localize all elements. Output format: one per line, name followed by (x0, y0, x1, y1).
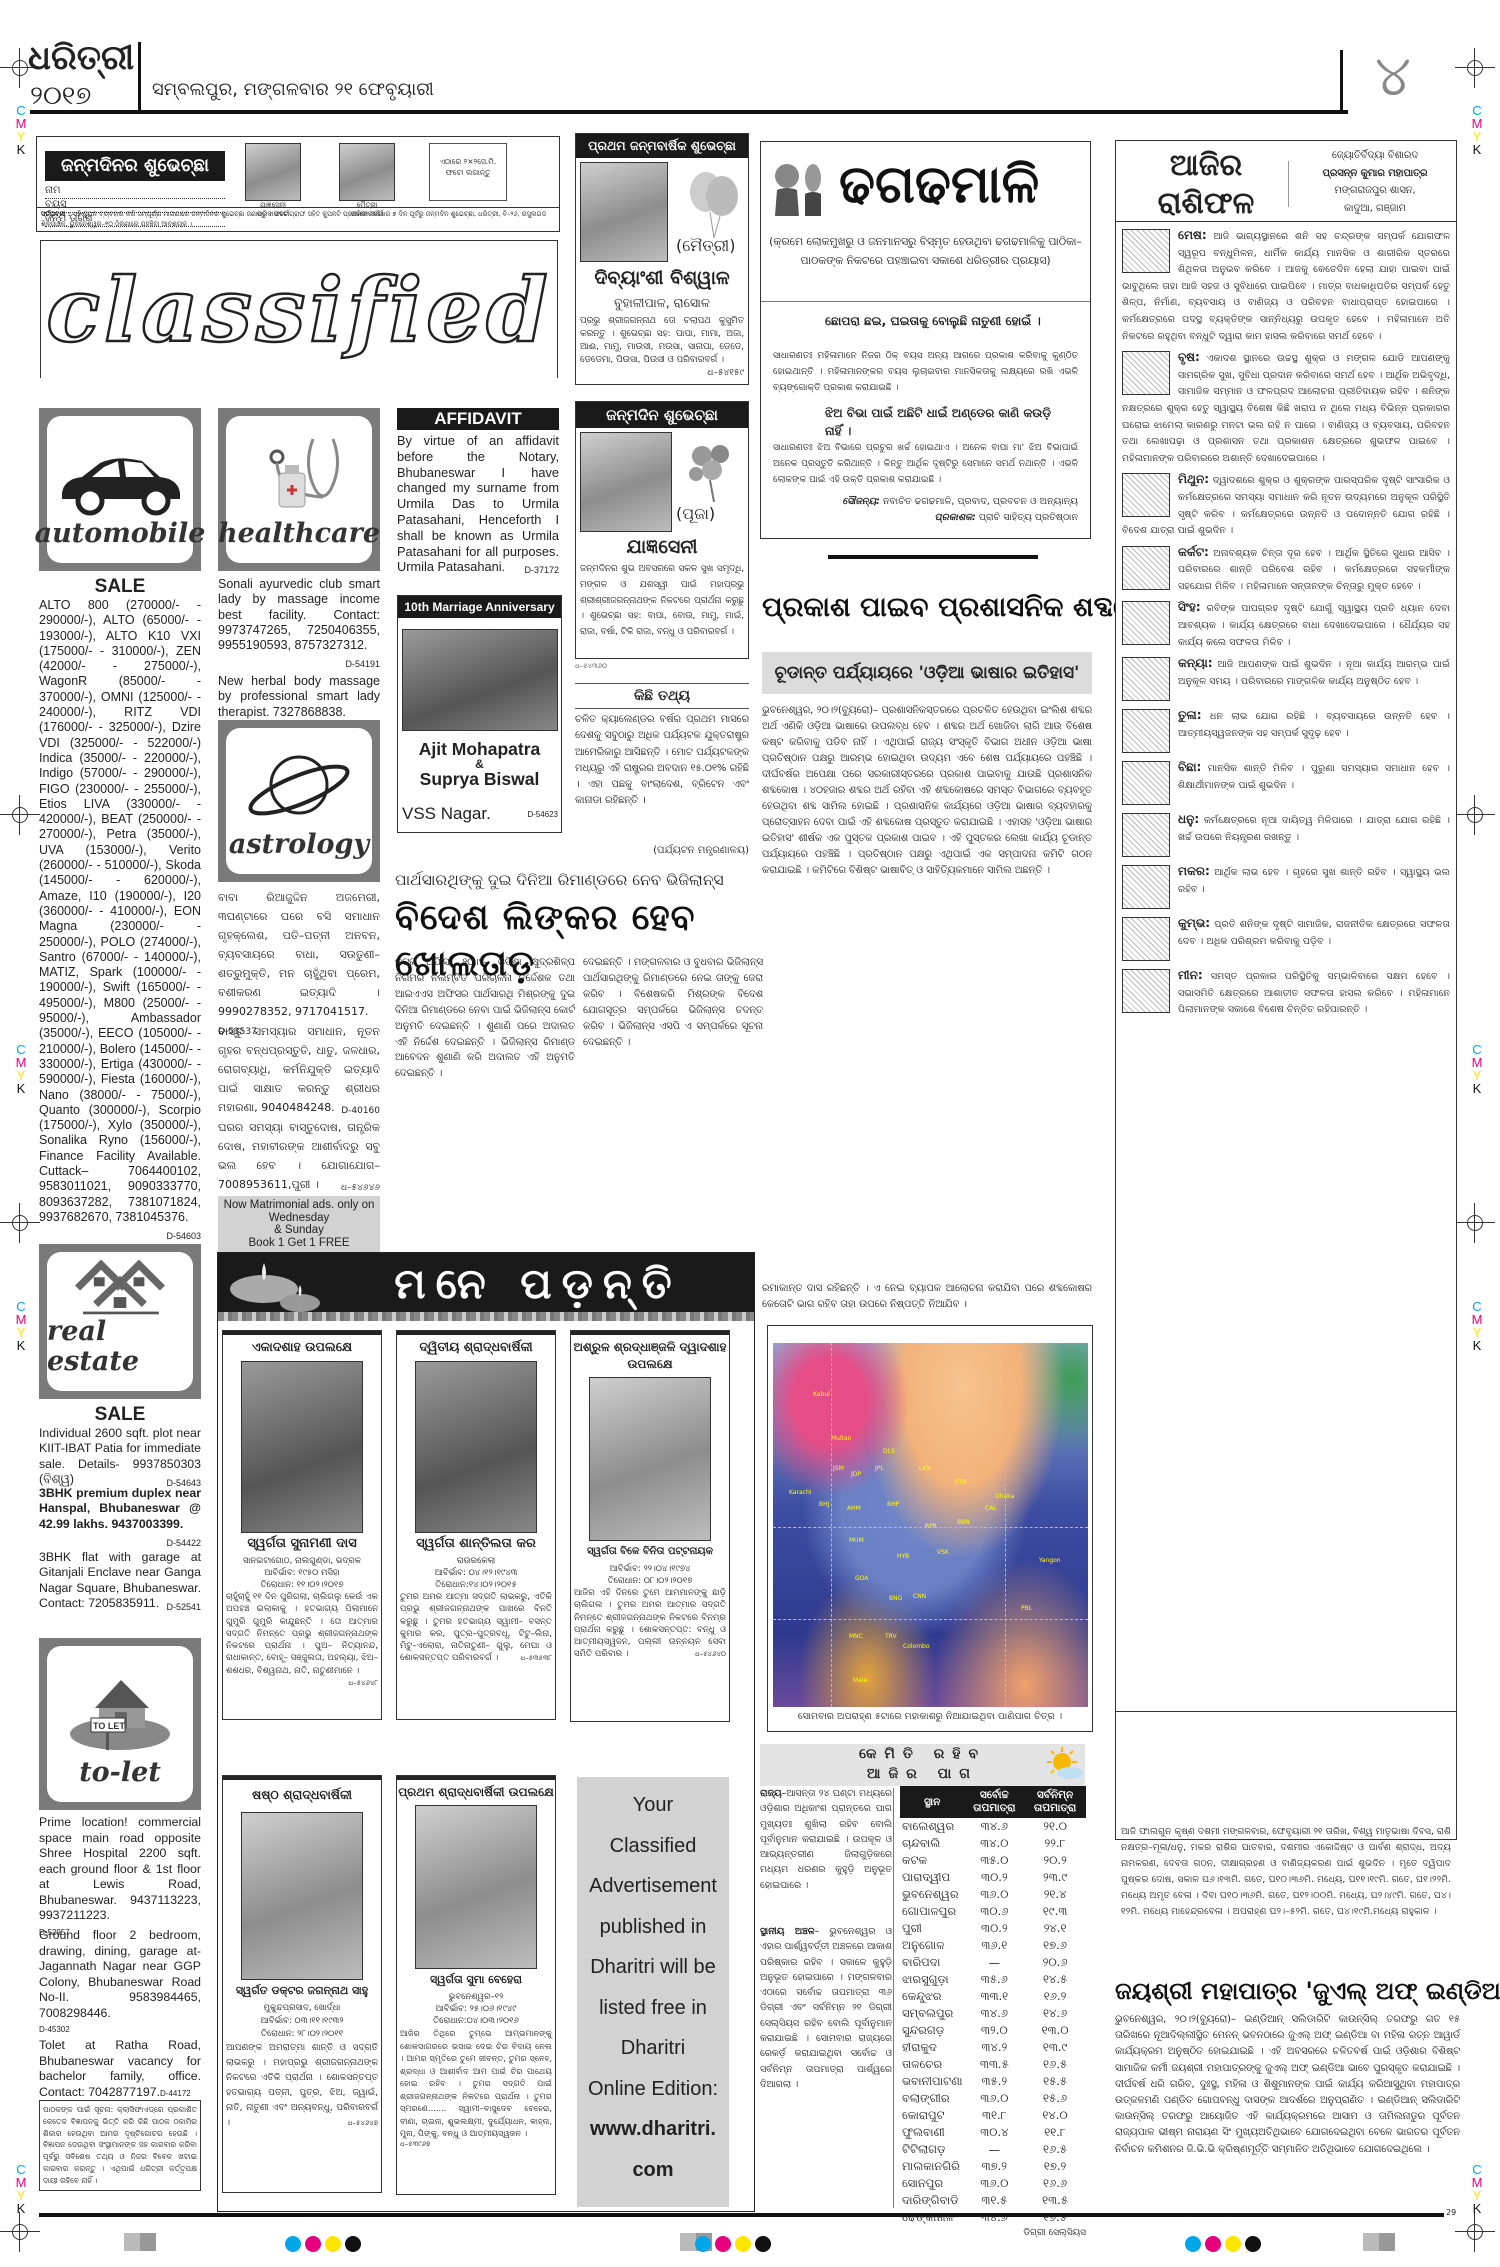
newspaper-logo: ଧରିତ୍ରୀ (28, 40, 134, 76)
girl-photo (580, 432, 672, 532)
cmyk-color-bar: CMYK (1470, 104, 1484, 156)
column-header: ସ୍ଥାନ (900, 1786, 964, 1818)
category-label: healthcare (218, 519, 380, 549)
temperature-row: ବାଲେଶ୍ୱର୩୪.୬୨୧.୦ (900, 1818, 1086, 1835)
flower-border (218, 1312, 754, 1321)
registration-mark-icon (0, 795, 40, 835)
horoscope-entry: ଧନୁ: କର୍ମକ୍ଷେତ୍ରରେ ନୂଆ ଦାୟିତ୍ୱ ମିଳିପାରେ … (1122, 811, 1450, 859)
place: ସାନଇଟାଗୋଠ, ନାଲଗୁଣ୍ଡା, ଭଦ୍ରକ (223, 1555, 381, 1567)
classified-banner: classified (40, 250, 558, 370)
grid-line (1005, 1343, 1006, 1707)
astrology-ad: ଘରର ସମସ୍ୟା ବାସ୍ତୁଦୋଷ, ତାନ୍ତ୍ରିକ ଦୋଷ, ମହା… (218, 1118, 380, 1198)
place-name: ପାରାଦ୍ୱୀପ (900, 1869, 964, 1886)
matrimonial-note: Now Matrimonial ads. only onWednesday& S… (218, 1196, 380, 1252)
zodiac-sign-icon (1122, 601, 1170, 645)
zodiac-sign-icon (1122, 865, 1170, 909)
registration-mark-icon (1455, 795, 1495, 835)
place: ମୁକୁନ୍ଦପ୍ରସାଦ, ଖୋର୍ଦ୍ଧା (223, 2002, 381, 2015)
max-temp: ୩୪.୨ (964, 2039, 1024, 2056)
saying: ଝିଅ ବିଭା ପାଇଁ ଅଛିଟି ଧାଇଁ ଅଣ୍ଡେର କାଣି କଉଡ… (825, 404, 1065, 440)
place-name: ହୀରାକୁଦ (900, 2039, 964, 2056)
photo-placeholder[interactable]: ଏଠାରେ ୨×୨ସେ.ମି. ଫଟୋ ଲଗାନ୍ତୁ (429, 143, 507, 201)
masthead-year: ୨୦୧୭ (30, 82, 91, 110)
temperature-row: କୋରାପୁଟ୩୧.୮୧୪.୦ (900, 2107, 1086, 2124)
map-label: PBL (1021, 1605, 1032, 1612)
map-label: TRV (885, 1633, 897, 1640)
portrait-photo (415, 1805, 537, 1969)
map-label: MNC (849, 1633, 863, 1640)
balloon-icon (684, 168, 744, 238)
nickname: (ମୈତ୍ରୀ) (676, 236, 736, 256)
min-temp: ୧୫.୬ (1024, 2090, 1086, 2107)
zodiac-sign-icon (1122, 657, 1170, 701)
unit-label: ଡିଗ୍ରୀ ସେଲ୍‌ସିୟସ (900, 2228, 1086, 2238)
min-temp: ୨୦.୨ (1024, 1852, 1086, 1869)
stethoscope-icon (249, 435, 349, 519)
ad-code: ଧ–୫୩୯୬୭ (397, 2140, 555, 2149)
place-name: ମାଲକାନଗିରି (900, 2158, 964, 2175)
section-heading: SALE (39, 1404, 201, 1426)
girl-name: ଯାଜ୍ଞସେନୀ (576, 536, 748, 558)
map-label: BHJ (819, 1501, 829, 1508)
classified-promo: YourClassifiedAdvertisementpublished inD… (577, 1777, 729, 2207)
place-name: ଢେଙ୍କାନାଳ (900, 2209, 964, 2226)
place-name: ଗୋପାଳପୁର (900, 1903, 964, 1920)
real-estate-ad: 3BHK flat with garage at Gitanjali Encla… (39, 1550, 201, 1615)
name-1: Ajit Mohapatra (398, 740, 561, 758)
story-body: ଭୁବନେଶ୍ୱର, ୨୦।୨(ବ୍ୟୁରୋ)– ପ୍ରଶାସନିକସ୍ତରରେ… (762, 703, 1092, 1263)
sign-name: ମକର: (1178, 864, 1210, 878)
birth-date: ଆବିର୍ଭାବ: ୨୫।୦୬।୧୯୪୯ (397, 2003, 555, 2015)
satellite-frame: Kabul Multan DLS JSM JDP JPL LKN PTN Kar… (767, 1325, 1093, 1732)
divider (37, 207, 559, 208)
max-temp: ୩୫.୨ (964, 2073, 1024, 2090)
divider (761, 301, 1090, 302)
map-label: GOA (855, 1575, 868, 1582)
divider (893, 1788, 894, 2208)
cmyk-color-bar: CMYK (1470, 1300, 1484, 1352)
temperature-row: ସମ୍ବଲପୁର୩୪.୬୧୪.୬ (900, 2005, 1086, 2022)
sign-name: କନ୍ୟା: (1178, 656, 1213, 670)
temperature-row: ଗୋପାଳପୁର୩୦.୬୧୯.୩ (900, 1903, 1086, 1920)
gray-swatch (1363, 2233, 1395, 2251)
sign-name: ସିଂହ: (1178, 600, 1201, 614)
occasion: ଅଶ୍ରୁଳ ଶ୍ରଦ୍ଧାଞ୍ଜଳି ଦ୍ୱାଦଶାହ ଉପଲକ୍ଷେ (571, 1335, 729, 1373)
max-temp: ୩୭.୨ (964, 2158, 1024, 2175)
to-let-tile: TO LET to-let (39, 1638, 201, 1810)
tribute-text: ତୁମର ଅମର ଆତ୍ମା ସଦ୍‌ଗତି ଲାଭକରୁ, ଏତିକି ପ୍ର… (397, 1591, 555, 1665)
temperature-row: ଭୁବନେଶ୍ୱର୩୬.୦୨୧.୪ (900, 1886, 1086, 1903)
temperature-row: ଚାନ୍ଦବାଲି୩୪.୦୨୨.୮ (900, 1835, 1086, 1852)
zodiac-sign-icon (1122, 351, 1170, 395)
temperature-rows: ବାଲେଶ୍ୱର୩୪.୬୨୧.୦ଚାନ୍ଦବାଲି୩୪.୦୨୨.୮କଟକ୩୫.୦… (900, 1818, 1086, 2226)
horoscope-box: ଆଜିରରାଶିଫଳ ଜ୍ୟୋତିର୍ବିଦ୍ୟା ବିଶାରଦପ୍ରସନ୍ନ … (1115, 140, 1457, 1840)
sign-prediction: ଦ୍ୱାଦଶରେ ଶୁକ୍ର ଓ ଶୁକ୍ରଙ୍କ ପାରସ୍ପରିକ ଦୃଷ୍… (1122, 475, 1450, 536)
birth-date: ଆବିର୍ଭାବ: ୨୨।୦୪।୧୯୭୪ (571, 1563, 729, 1575)
occasion: ଦ୍ୱିତୀୟ ଶ୍ରାଦ୍ଧବାର୍ଷିକୀ (397, 1335, 555, 1359)
place-name: ଝାରସୁଗୁଡ଼ା (900, 1971, 964, 1988)
temperature-row: ଝାରସୁଗୁଡ଼ା୩୫.୬୧୪.୫ (900, 1971, 1086, 1988)
map-label: BHP (887, 1501, 899, 1508)
cmyk-color-bar: CMYK (14, 2163, 28, 2215)
map-label: Kabul (813, 1391, 830, 1398)
tribute-text: ଆଜିର ତିଥିରେ ତୁମ୍ଭେ ଆମ୍ଭମାନଙ୍କୁ ଶୋକସାଗରରେ… (397, 2027, 555, 2140)
dateline: ସମ୍ବଲପୁର, ମଙ୍ଗଳବାର ୨୧ ଫେବୃୟାରୀ (152, 80, 434, 100)
car-icon (52, 449, 188, 519)
couple-photo (402, 629, 558, 731)
max-temp: ୩୪.୬ (964, 1818, 1024, 1835)
map-label: MUM (849, 1537, 864, 1544)
map-label: Multan (831, 1435, 851, 1442)
header-rule (30, 110, 1348, 114)
anniversary-title: 10th Marriage Anniversary (398, 596, 561, 618)
zodiac-sign-icon (1122, 546, 1170, 590)
horoscope-entry: ମେଷ: ଆଜି ଭାଗ୍ୟସ୍ଥାନରେ ଶନି ସହ ଚନ୍ଦ୍ରଙ୍କ ସ… (1122, 227, 1450, 345)
max-temp: ୩୧.୫ (964, 2192, 1024, 2209)
zodiac-sign-icon (1122, 969, 1170, 1013)
fact-box-title: କିଛି ତଥ୍ୟ (575, 683, 749, 709)
story-kicker: ପାର୍ଥସାରଥିଙ୍କୁ ଦୁଇ ଦିନିଆ ରିମାଣ୍ଡରେ ନେବ ଭ… (395, 870, 765, 890)
divider (1288, 161, 1289, 207)
ink-dots (695, 2236, 775, 2256)
sign-name: କର୍କଟ: (1178, 545, 1209, 559)
sign-prediction: ଅନାବଶ୍ୟକ ଚିନ୍ତା ଦୂର ହେବ । ଆର୍ଥିକ ସ୍ଥିତିର… (1178, 548, 1450, 592)
horoscope-entry: ମକର: ଆର୍ଥିକ ଲାଭ ହେବ । ଗୃହରେ ସୁଖ ଶାନ୍ତି ର… (1122, 863, 1450, 911)
min-temp: ୨୨.୮ (1024, 1835, 1086, 1852)
max-temp: — (964, 2141, 1024, 2158)
birth-date: ଆବିର୍ଭାବ: ୦୩।୧୧।୧୯୩୨ (223, 2015, 381, 2028)
tribute-text: ଆପଣଙ୍କ ଅମରାତ୍ମା ଶାନ୍ତି ଓ ସଦ୍‌ଗତି ଲାଭକରୁ … (223, 2041, 381, 2131)
place-name: ଫୁଲବାଣୀ (900, 2124, 964, 2141)
divider (828, 555, 1038, 559)
min-temp: ୧୬.୨ (1024, 1988, 1086, 2005)
greeting-text: ପ୍ରଭୁ ଶ୍ରୀଜଗନ୍ନାଥ ତୋ ଚଲାପଥ କୁସୁମିତ କରନ୍ତ… (580, 315, 744, 380)
death-date: ତିରୋଧାନ: ୦୮।୦୨।୨୦୧୭ (571, 1575, 729, 1587)
min-temp: ୨୩.୯ (1024, 1869, 1086, 1886)
map-label: AHM (847, 1505, 861, 1512)
map-label: Karachi (789, 1489, 811, 1496)
map-label: VSK (937, 1549, 949, 1556)
cmyk-color-bar: CMYK (1470, 1043, 1484, 1095)
satellite-weather-image: Kabul Multan DLS JSM JDP JPL LKN PTN Kar… (773, 1343, 1088, 1707)
place-name: କଟକ (900, 1852, 964, 1869)
registration-mark-icon (1455, 48, 1495, 88)
page-number: ୪ (1375, 46, 1411, 108)
map-label: PTN (955, 1479, 967, 1486)
sign-prediction: ଧନ ଲାଭ ଯୋଗ ରହିଛି । ବ୍ୟବସାୟରେ ଉନ୍ନତି ହେବ … (1178, 711, 1450, 739)
map-label: BNG (889, 1595, 902, 1602)
map-label: Dhaka (995, 1493, 1014, 1500)
publisher: ପ୍ରକାଶକ: ପ୍ରାଚି ସାହିତ୍ୟ ପ୍ରତିଷ୍ଠାନ (773, 510, 1078, 526)
story-subhead: ଚୂଡାନ୍ତ ପର୍ଯ୍ୟାୟରେ 'ଓଡ଼ିଆ ଭାଷାର ଇତିହାସ' (762, 652, 1092, 694)
map-label: RPR (925, 1523, 937, 1530)
saying: ଛୋପରା ଛଇ, ଘଇତାକୁ ବୋଲୁଛି ନାତୁଣୀ ହୋଇଁ । (825, 312, 1065, 330)
temperature-row: ଅନୁଗୋଳ୩୬.୧୧୭.୬ (900, 1937, 1086, 1954)
real-estate-tile: real estate (39, 1244, 201, 1399)
zodiac-sign-icon (1122, 761, 1170, 805)
to-let-ad: Prime location! commercial space main ro… (39, 1815, 201, 1940)
divider (1340, 50, 1343, 112)
horoscope-entry: କନ୍ୟା: ଆଜି ଆପଣଙ୍କ ପାଇଁ ଶୁଭଦିନ । ନୂଆ କାର୍… (1122, 655, 1450, 703)
healthcare-ad: Sonali ayurvedic club smart lady by mass… (218, 577, 380, 673)
sign-prediction: ଆଜି ଭାଗ୍ୟସ୍ଥାନରେ ଶନି ସହ ଚନ୍ଦ୍ରଙ୍କ ସମ୍ପର୍… (1122, 231, 1450, 342)
panjika-text: ଆଜି ଫାଲଗୁନ କୃଷ୍ଣ ଦଶମୀ ମଙ୍ଗଳବାର, ଫେବୃୟାରୀ… (1121, 1824, 1451, 1920)
child-name: ଦିବ୍ୟାଂଶୀ ବିଶ୍ୱାଳ (576, 267, 748, 289)
map-label: CAL (985, 1505, 997, 1512)
horoscope-entry: ତୁଳା: ଧନ ଲାଭ ଯୋଗ ରହିଛି । ବ୍ୟବସାୟରେ ଉନ୍ନତ… (1122, 707, 1450, 755)
sign-prediction: ଏକାଦଶ ସ୍ଥାନରେ ଉଚ୍ଚସ୍ଥ ଶୁକ୍ର ଓ ମଙ୍ଗଳ ଯୋଡି… (1122, 353, 1450, 464)
section-heading: SALE (39, 576, 201, 598)
astrology-ad: ବାସ୍ତୁ ସମସ୍ୟାର ସମାଧାନ, ନୂତନ ଗୃହର ବନ୍ଧପ୍ର… (218, 1022, 380, 1121)
max-temp: ୩୬.୦ (964, 2175, 1024, 2192)
weather-title: କେମିତି ରହିବଆଜିର ପାଗ (760, 1744, 1085, 1786)
registration-mark-icon (0, 1203, 40, 1243)
ad-code: ଧ–୫୪୩୬୦ (575, 662, 607, 671)
divider (138, 42, 141, 112)
temperature-row: ତାଳଚେର୩୩.୫୧୬.୫ (900, 2056, 1086, 2073)
temperature-row: ସୁନ୍ଦରଗଡ଼୩୨.୦୧୩.୦ (900, 2022, 1086, 2039)
zodiac-sign-icon (1122, 917, 1170, 961)
ad-title: ପ୍ରଥମ ଜନ୍ମବାର୍ଷିକ ଶୁଭେଚ୍ଛା (576, 134, 748, 158)
min-temp: ୨୦.୬ (1024, 1954, 1086, 1971)
divider (1116, 221, 1456, 222)
zodiac-sign-icon (1122, 229, 1170, 273)
min-temp: ୧୭.୫ (1024, 2209, 1086, 2226)
min-temp: ୨୧.୪ (1024, 1886, 1086, 1903)
sign-name: ବିଛା: (1178, 760, 1201, 774)
ad-code: D-54623 (527, 810, 558, 819)
healthcare-tile: healthcare (218, 408, 380, 571)
sign-prediction: ସମସ୍ତ ପ୍ରକାର ପରିସ୍ଥିତିକୁ ସମ୍ଭାଳିବାରେ ସକ୍… (1178, 971, 1450, 1015)
houses-icon (65, 1252, 175, 1317)
automobile-ad: ALTO 800 (270000/- - 290000/-), ALTO (65… (39, 598, 201, 1244)
max-temp: ୩୩.୫ (964, 2056, 1024, 2073)
sign-prediction: ମାନସିକ ଶାନ୍ତି ମିଳିବ । ପୁରୁଣା ସମସ୍ୟାର ସମା… (1178, 763, 1450, 791)
place: ଭୁବନେଶ୍ୱର–୧୨ (397, 1991, 555, 2003)
portrait-photo (241, 1361, 363, 1533)
birth-date: ଆବିର୍ଭାବ: ୧୯୫୦ ମସିହା (223, 1567, 381, 1579)
birthday-coupon: ଜନ୍ମଦିନର ଶୁଭେଚ୍ଛା ନାମ ବୟସ ଜନ୍ମ ତାରିଖ ଯାଜ… (36, 136, 560, 232)
max-temp: ୩୫.୦ (964, 1852, 1024, 1869)
temperature-row: ଦାରିଙ୍ଗିବାଡି୩୧.୫୧୩.୫ (900, 2192, 1086, 2209)
category-label: astrology (229, 830, 369, 860)
temperature-row: ପୁରୀ୩୦.୨୨୪.୧ (900, 1920, 1086, 1937)
min-temp: ୧୩.୦ (1024, 2022, 1086, 2039)
column-header: ସର୍ବନିମ୍ନ ତାପମାତ୍ରା (1024, 1786, 1086, 1818)
map-label: CNN (913, 1593, 926, 1600)
weather-state-forecast: ରାଜ୍ୟ–ଆସନ୍ତା ୨୪ ଘଣ୍ଟା ମଧ୍ୟରେ ଓଡ଼ିଶାର ଅଧି… (760, 1786, 892, 1893)
sun-cloud-icon (1042, 1746, 1084, 1780)
occasion: ଏକାଦଶାହ ଉପଲକ୍ଷେ (223, 1335, 381, 1359)
min-temp: ୧୪.୬ (1024, 2005, 1086, 2022)
sign-prediction: ଆର୍ଥିକ ଲାଭ ହେବ । ଗୃହରେ ସୁଖ ଶାନ୍ତି ରହିବ ।… (1178, 867, 1450, 895)
saying-meaning: ସାଧାରଣତଃ ମହିଳାମାନେ ନିଜର ଠିକ୍ ବୟସ ଅନ୍ୟ ଆଗ… (773, 348, 1078, 396)
min-temp: ୨୧.୦ (1024, 1818, 1086, 1835)
death-date: ତିରୋଧାନ:୦୪।୦୩।୨୦୧୬ (397, 2015, 555, 2027)
temperature-row: ଭବାନୀପାଟଣା୩୫.୨୧୫.୫ (900, 2073, 1086, 2090)
temperature-table: ସ୍ଥାନସର୍ବୋଚ୍ଚ ତାପମାତ୍ରାସର୍ବନିମ୍ନ ତାପମାତ୍… (900, 1786, 1086, 2226)
place-name: ତାଳଚେର (900, 2056, 964, 2073)
ad-title: ଜନ୍ମଦିନ ଶୁଭେଚ୍ଛା (576, 402, 748, 428)
obituary-card: ପ୍ରଥମ ଶ୍ରାଦ୍ଧବାର୍ଷିକୀ ଉପଲକ୍ଷେ ସ୍ୱର୍ଗତା ସ… (396, 1775, 556, 2195)
oil-lamp-icon (224, 1259, 324, 1315)
max-temp: ୩୦.୪ (964, 2124, 1024, 2141)
tribute-text: ଚାହୁଁଚାହୁଁ ୧୧ ଦିନ ପୁରିଗଲା, ଚାଲିଗଲୁ କେଉଁ … (223, 1591, 381, 1677)
category-label: automobile (35, 519, 206, 549)
affidavit-text: By virtue of an affidavit before the Not… (397, 433, 559, 579)
svg-text:TO LET: TO LET (93, 1721, 125, 1731)
grid-line (773, 1619, 1088, 1620)
affidavit-title: AFFIDAVIT (397, 408, 559, 430)
horoscope-title: ଆଜିରରାଶିଫଳ (1136, 147, 1276, 223)
reader-notice: ପାଠକଙ୍କ ପାଇଁ ସୂଚନା: କ୍ଲାସିଫାଏଡ୍‌ରେ ପ୍ରକା… (39, 2100, 201, 2191)
coupon-terms: ସର୍ତ୍ତାବଳୀ : ଏହି କୁପନ ବ୍ୟବହାର କରି ସମ୍ପୂର… (41, 209, 555, 229)
min-temp: ୧୪.୫ (1024, 1971, 1086, 1988)
max-temp: — (964, 1954, 1024, 1971)
sign-name: କୁମ୍ଭ: (1178, 916, 1210, 930)
place: VSS Nagar. (402, 804, 491, 824)
horoscope-entry: ମିଥୁନ: ଦ୍ୱାଦଶରେ ଶୁକ୍ର ଓ ଶୁକ୍ରଙ୍କ ପାରସ୍ପର… (1122, 471, 1450, 539)
sign-name: ମୀନ: (1178, 968, 1203, 982)
satellite-caption: ସୋମବାର ଅପରାହ୍ଣ ୫ଟାରେ ମହାକାଶରୁ ନିଆଯାଇଥିବା… (768, 1711, 1092, 1722)
place-name: ଦାରିଙ୍ଗିବାଡି (900, 2192, 964, 2209)
horoscope-entry: ମୀନ: ସମସ୍ତ ପ୍ରକାର ପରିସ୍ଥିତିକୁ ସମ୍ଭାଳିବାର… (1122, 967, 1450, 1019)
zodiac-sign-icon (1122, 709, 1170, 753)
death-date: ତିରୋଧାନ:୧୪।୦୨।୨୦୧୫ (397, 1579, 555, 1591)
temperature-row: ଫୁଲବାଣୀ୩୦.୪୧୧.୮ (900, 2124, 1086, 2141)
place-name: ବାଲେଶ୍ୱର (900, 1818, 964, 1835)
max-temp: ୩୦.୬ (964, 1903, 1024, 1920)
place-name: ଭବାନୀପାଟଣା (900, 2073, 964, 2090)
weather-local-forecast: ସ୍ଥାନୀୟ ଅଞ୍ଚଳ– ଭୁବନେଶ୍ୱର ଓ ଏହାର ପାର୍ଶ୍ୱବ… (760, 1924, 892, 2092)
obituary-card: ଏକାଦଶାହ ଉପଲକ୍ଷେ ସ୍ୱର୍ଗତା ସୁନାମଣୀ ଦାସ ସାନ… (222, 1330, 382, 1720)
min-temp: ୧୬.୫ (1024, 2056, 1086, 2073)
cmyk-color-bar: CMYK (14, 1043, 28, 1095)
fact-box-text: ଚଳିତ କ୍ୟାଲେଣ୍ଡର ବର୍ଷର ପ୍ରଥମ ମାସରେ ଦେଶକୁ … (575, 712, 749, 810)
sign-prediction: ରବିଙ୍କ ପାପଗ୍ରହ ଦୃଷ୍ଟି ଯୋଗୁଁ ସ୍ୱାସ୍ଥ୍ୟ ପ୍… (1178, 603, 1450, 647)
temperature-row: କଟକ୩୫.୦୨୦.୨ (900, 1852, 1086, 1869)
to-let-ad: Tolet at Ratha Road, Bhubaneswar vacancy… (39, 2038, 201, 2101)
category-label: to-let (79, 1758, 161, 1788)
birth-date: ଆବିର୍ଭାବ: ୦୪।୧୨।୧୯୪୩ (397, 1567, 555, 1579)
tribute-text: ଆଜିର ଏହି ଦିନରେ ତୁମେ ଆମମାନଙ୍କୁ ଛାଡ଼ି ଚାଲି… (571, 1587, 729, 1661)
astrology-tile: astrology (218, 720, 380, 882)
place-name: ସୁନ୍ଦରଗଡ଼ (900, 2022, 964, 2039)
portrait-photo (241, 1812, 363, 1980)
min-temp: ୧୭.୨ (1024, 2158, 1086, 2175)
sample-photo (245, 143, 301, 201)
deceased-name: ସ୍ୱର୍ଗତା ବିକେ ବିନିତା ପଟ୍ଟନାୟକ (571, 1541, 729, 1563)
place-name: ସୋନପୁର (900, 2175, 964, 2192)
real-estate-ad: Individual 2600 sqft. plot near KIIT-IBA… (39, 1426, 201, 1491)
place: ରାଉରକେଲା (397, 1555, 555, 1567)
portrait-photo (415, 1361, 537, 1533)
greeting-text: ଜନ୍ମଦିନର ଶୁଭ ଅବସରରେ ସକଳ ସୁଖ ସମୃଦ୍ଧି, ମଙ୍… (580, 562, 744, 641)
place-name: ବାରିପଦା (900, 1954, 964, 1971)
zodiac-sign-icon (1122, 473, 1170, 517)
credit: ସୌଜନ୍ୟ: ନବାଚିତ ଢଗଢମାଳି, ପ୍ରବାଦ, ପ୍ରବଚନ ଓ… (773, 494, 1078, 510)
death-date: ତିରୋଧାନ: ୨୮।୦୨।୨୦୧୧ (223, 2028, 381, 2041)
sign-name: ତୁଳା: (1178, 708, 1202, 722)
story-column: କଟକ ଅଫିସ, ୨୦।୨– ଓଡିଶା କ୍ଷୁଦ୍ରଶିଳ୍ପ ନିଗମର… (395, 955, 575, 1225)
deceased-name: ସ୍ୱର୍ଗତା ଶାନ୍ତିଲତା କର (397, 1533, 555, 1555)
max-temp: ୩୨.୦ (964, 2022, 1024, 2039)
temperature-row: ବଲାଙ୍ଗୀର୩୬.୦୧୫.୬ (900, 2090, 1086, 2107)
min-temp: ୧୪.୦ (1024, 2107, 1086, 2124)
dhagadamali-box: ଢଗଢମାଳି (କ୍ରମେ ଲୋକମୁଖରୁ ଓ ଜନମାନସରୁ ବିସ୍ମ… (760, 141, 1091, 539)
map-label: BBN (957, 1519, 970, 1526)
temperature-row: କେନ୍ଦୁଝର୩୩.୧୧୬.୨ (900, 1988, 1086, 2005)
sign-name: ଧନୁ: (1178, 812, 1199, 826)
place-name: ବଲାଙ୍ଗୀର (900, 2090, 964, 2107)
max-temp: ୩୩.୧ (964, 1988, 1024, 2005)
story-closing: ରମାକାନ୍ତ ଦାସ ରହିଛନ୍ତି । ଏ ନେଇ ବ୍ୟାପକ ଆଲୋ… (762, 1281, 1092, 1313)
horoscope-list: ମେଷ: ଆଜି ଭାଗ୍ୟସ୍ଥାନରେ ଶନି ସହ ଚନ୍ଦ୍ରଙ୍କ ସ… (1122, 227, 1450, 1702)
mane-padanti-banner: ମନେ ପଡ଼ନ୍ତି (218, 1253, 754, 1321)
birthday-wish-ad: ଜନ୍ମଦିନ ଶୁଭେଚ୍ଛା (ପୂଜା) ଯାଜ୍ଞସେନୀ ଜନ୍ମଦି… (575, 401, 749, 659)
max-temp: ୩୪.୦ (964, 1835, 1024, 1852)
horoscope-entry: ବିଛା: ମାନସିକ ଶାନ୍ତି ମିଳିବ । ପୁରୁଣା ସମସ୍ୟ… (1122, 759, 1450, 807)
ink-dots (1185, 2236, 1265, 2256)
deceased-name: ସ୍ୱର୍ଗତା ସୁମା ବେହେରା (397, 1969, 555, 1991)
story-column: ଦେଇଛନ୍ତି । ମଙ୍ଗଳବାର ଓ ବୁଧବାର ଭିଜିଲାନ୍ସ ପ… (583, 955, 763, 1225)
sign-name: ମେଷ: (1178, 228, 1207, 242)
horoscope-entry: କୁମ୍ଭ: ପ୍ରତି ଶନିଙ୍କ ଦୃଷ୍ଟି ସାମାଜିକ, ରାଜନ… (1122, 915, 1450, 963)
place-name: ପୁରୀ (900, 1920, 964, 1937)
first-birthday-ad: ପ୍ରଥମ ଜନ୍ମବାର୍ଷିକ ଶୁଭେଚ୍ଛା (ମୈତ୍ରୀ) ଦିବ୍… (575, 133, 749, 385)
registration-mark-icon (0, 2212, 40, 2252)
name-field[interactable]: ନାମ (45, 185, 225, 199)
portrait-photo (589, 1377, 711, 1541)
zodiac-sign-icon (1122, 813, 1170, 857)
sign-name: ମିଥୁନ: (1178, 472, 1209, 486)
horoscope-entry: କର୍କଟ: ଅନାବଶ୍ୟକ ଚିନ୍ତା ଦୂର ହେବ । ଆର୍ଥିକ … (1122, 544, 1450, 596)
place-name: ସମ୍ବଲପୁର (900, 2005, 964, 2022)
map-label: DLS (883, 1448, 895, 1455)
place-name: ଅନୁଗୋଳ (900, 1937, 964, 1954)
max-temp: ୩୬.୦ (964, 1886, 1024, 1903)
folio: 29 (1446, 2208, 1456, 2217)
story-body: ଭୁବନେଶ୍ୱର, ୨୦।୨(ବ୍ୟୁରୋ)– ଇଣ୍ଡିଆନ୍ ସଲିଡାର… (1115, 2012, 1460, 2158)
cmyk-color-bar: CMYK (14, 1300, 28, 1352)
astrology-ad: ବାବା ରିଆଜୁଦ୍ଦିନ ଅଜମେରୀ, ୩ଘଣ୍ଟାରେ ଘରେ ବସି… (218, 888, 380, 1042)
max-temp: ୩୧.୮ (964, 2107, 1024, 2124)
map-label: JPL (875, 1465, 884, 1472)
banner-title: ମନେ ପଡ଼ନ୍ତି (338, 1255, 738, 1313)
temperature-row: ହୀରାକୁଦ୩୪.୨୧୩.୯ (900, 2039, 1086, 2056)
occasion: ଷଷ୍ଠ ଶ୍ରାଦ୍ଧବାର୍ଷିକୀ (223, 1780, 381, 1810)
max-temp: ୩୪.୬ (964, 2209, 1024, 2226)
flower-icon (682, 436, 738, 502)
map-label: Male (853, 1677, 867, 1684)
automobile-tile: automobile (39, 408, 201, 571)
obituary-card: ଦ୍ୱିତୀୟ ଶ୍ରାଦ୍ଧବାର୍ଷିକୀ ସ୍ୱର୍ଗତା ଶାନ୍ତିଲ… (396, 1330, 556, 1720)
min-temp: ୧୫.୫ (1024, 2073, 1086, 2090)
sign-prediction: ଆଜି ଆପଣଙ୍କ ପାଇଁ ଶୁଭଦିନ । ନୂଆ କାର୍ଯ୍ୟ ଆରମ… (1178, 659, 1450, 687)
story-headline: ଜୟଶ୍ରୀ ମହାପାତ୍ର 'ଜୁଏଲ୍ ଅଫ୍ ଇଣ୍ଡିଆ' (1115, 1972, 1460, 2010)
place-name: କୋରାପୁଟ (900, 2107, 964, 2124)
max-temp: ୩୬.୦ (964, 2090, 1024, 2107)
cartoon-faces-icon (771, 156, 831, 218)
obituary-card: ଅଶ୍ରୁଳ ଶ୍ରଦ୍ଧାଞ୍ଜଳି ଦ୍ୱାଦଶାହ ଉପଲକ୍ଷେ ସ୍ୱ… (570, 1330, 730, 1722)
promo-url[interactable]: www.dharitri.com (577, 2109, 729, 2190)
sample-photo (339, 143, 395, 201)
temperature-row: ସୋନପୁର୩୬.୦୧୬.୬ (900, 2175, 1086, 2192)
max-temp: ୩୪.୬ (964, 2005, 1024, 2022)
dhagadamali-title: ଢଗଢମାଳି (839, 154, 1039, 216)
max-temp: ୩୦.୨ (964, 1869, 1024, 1886)
cmyk-color-bar: CMYK (14, 104, 28, 156)
